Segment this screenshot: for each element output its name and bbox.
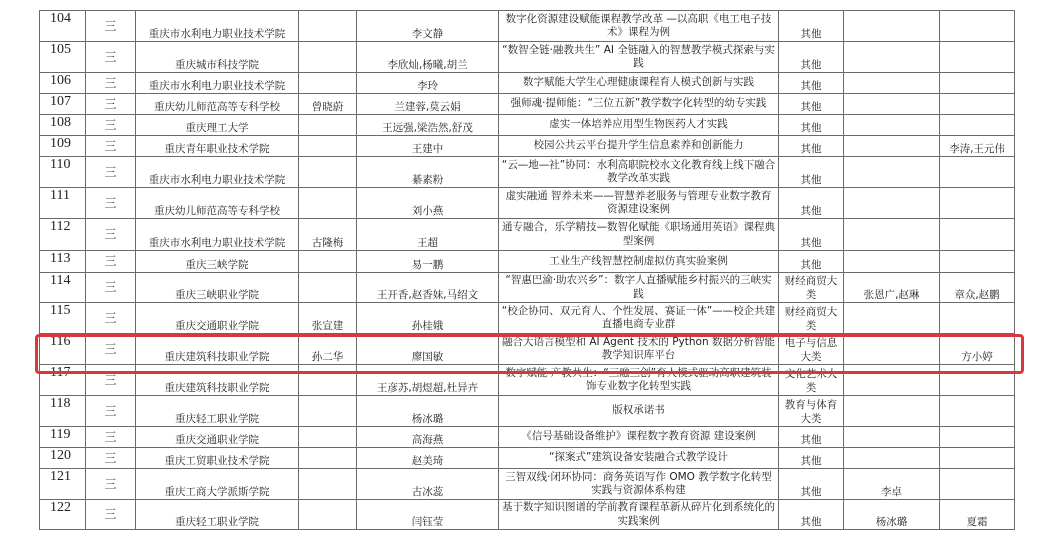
project-title: “数智全链·融教共生” AI 全链融入的智慧教学模式探索与实践 (499, 42, 779, 73)
row-number: 106 (40, 73, 86, 94)
row-number: 113 (40, 251, 86, 273)
row-number: 107 (40, 94, 86, 115)
school-name: 重庆城市科技学院 (136, 42, 299, 73)
project-leader (299, 427, 357, 448)
school-name: 重庆三峡职业学院 (136, 273, 299, 303)
extra-members-2 (940, 448, 1015, 469)
category: 其他 (779, 11, 844, 42)
category: 其他 (779, 94, 844, 115)
category: 其他 (779, 427, 844, 448)
table-row[interactable]: 111 三 重庆幼儿师范高等专科学校 刘小燕 虚实融通 智养未来——智慧养老服务… (40, 188, 1015, 219)
school-name: 重庆市水利电力职业技术学院 (136, 157, 299, 188)
table-row[interactable]: 104 三 重庆市水利电力职业技术学院 李文静 数字化资源建设赋能课程教学改革 … (40, 11, 1015, 42)
project-title: “探案式”建筑设备安装融合式教学设计 (499, 448, 779, 469)
team-members: 刘小燕 (357, 188, 499, 219)
project-leader: 曾晓蔚 (299, 94, 357, 115)
school-name: 重庆建筑科技职业学院 (136, 334, 299, 365)
table-row[interactable]: 118 三 重庆轻工职业学院 杨冰璐 版权承诺书 教育与体育大类 (40, 396, 1015, 427)
table-row[interactable]: 110 三 重庆市水利电力职业技术学院 綦素粉 “云—地—社”协同：水利高职院校… (40, 157, 1015, 188)
table-row[interactable]: 117 三 重庆建筑科技职业学院 王彦苏,胡煜超,杜异卉 数字赋能·产教共生：“… (40, 365, 1015, 396)
extra-members-1 (844, 42, 940, 73)
project-title: “智惠巴渝·助农兴乡”：数字人直播赋能乡村振兴的三峡实践 (499, 273, 779, 303)
extra-members-1 (844, 115, 940, 136)
category: 其他 (779, 157, 844, 188)
team-members: 王远强,梁浩然,舒茂 (357, 115, 499, 136)
school-name: 重庆理工大学 (136, 115, 299, 136)
category: 财经商贸大类 (779, 303, 844, 334)
extra-members-1 (844, 157, 940, 188)
table-row[interactable]: 112 三 重庆市水利电力职业技术学院 古隆梅 王超 通专融合，乐学精技—数智化… (40, 219, 1015, 251)
extra-members-2 (940, 251, 1015, 273)
row-number: 117 (40, 365, 86, 396)
row-number: 122 (40, 500, 86, 530)
extra-members-1 (844, 303, 940, 334)
project-title: 数字化资源建设赋能课程教学改革 —以高职《电工电子技术》课程为例 (499, 11, 779, 42)
school-name: 重庆工商大学派斯学院 (136, 469, 299, 500)
award-level: 三 (86, 334, 136, 365)
project-leader (299, 11, 357, 42)
project-title: 虚实一体培养应用型生物医药人才实践 (499, 115, 779, 136)
school-name: 重庆交通职业学院 (136, 427, 299, 448)
extra-members-1 (844, 396, 940, 427)
school-name: 重庆幼儿师范高等专科学校 (136, 94, 299, 115)
project-title: 强师魂·提师能：“三位五新”教学数字化转型的幼专实践 (499, 94, 779, 115)
project-leader (299, 273, 357, 303)
extra-members-2 (940, 42, 1015, 73)
award-level: 三 (86, 94, 136, 115)
school-name: 重庆市水利电力职业技术学院 (136, 73, 299, 94)
category: 其他 (779, 251, 844, 273)
award-level: 三 (86, 11, 136, 42)
table-row[interactable]: 107 三 重庆幼儿师范高等专科学校 曾晓蔚 兰建蓉,莫云娟 强师魂·提师能：“… (40, 94, 1015, 115)
row-number: 114 (40, 273, 86, 303)
project-leader: 孙二华 (299, 334, 357, 365)
project-leader (299, 115, 357, 136)
project-title: 《信号基础设备维护》课程数字教育资源 建设案例 (499, 427, 779, 448)
table-row[interactable]: 122 三 重庆轻工职业学院 闫钰莹 基于数字知识图谱的学前教育课程革新从碎片化… (40, 500, 1015, 530)
award-level: 三 (86, 396, 136, 427)
team-members: 李玲 (357, 73, 499, 94)
team-members: 高海燕 (357, 427, 499, 448)
team-members: 古冰蕊 (357, 469, 499, 500)
extra-members-2: 方小婷 (940, 334, 1015, 365)
category: 其他 (779, 115, 844, 136)
team-members: 王建中 (357, 136, 499, 157)
award-level: 三 (86, 500, 136, 530)
award-level: 三 (86, 115, 136, 136)
project-leader: 张宣建 (299, 303, 357, 334)
school-name: 重庆青年职业技术学院 (136, 136, 299, 157)
category: 文化艺术大类 (779, 365, 844, 396)
project-leader (299, 136, 357, 157)
row-number: 108 (40, 115, 86, 136)
award-level: 三 (86, 427, 136, 448)
award-level: 三 (86, 42, 136, 73)
award-level: 三 (86, 73, 136, 94)
project-title: 融合大语言模型和 AI Agent 技术的 Python 数据分析智能教学知识库… (499, 334, 779, 365)
award-level: 三 (86, 188, 136, 219)
project-title: 数字赋能·产教共生：“三融三创”育人模式驱动高职建筑装饰专业数字化转型实践 (499, 365, 779, 396)
extra-members-1 (844, 136, 940, 157)
table-row[interactable]: 114 三 重庆三峡职业学院 王开香,赵香妹,马绍文 “智惠巴渝·助农兴乡”：数… (40, 273, 1015, 303)
extra-members-2 (940, 157, 1015, 188)
category: 其他 (779, 219, 844, 251)
award-level: 三 (86, 136, 136, 157)
row-number: 112 (40, 219, 86, 251)
extra-members-1 (844, 73, 940, 94)
extra-members-1 (844, 11, 940, 42)
project-leader (299, 500, 357, 530)
table-row[interactable]: 106 三 重庆市水利电力职业技术学院 李玲 数字赋能大学生心理健康课程育人模式… (40, 73, 1015, 94)
row-number: 115 (40, 303, 86, 334)
project-title: 通专融合，乐学精技—数智化赋能《职场通用英语》课程典型案例 (499, 219, 779, 251)
extra-members-1 (844, 251, 940, 273)
table-row[interactable]: 108 三 重庆理工大学 王远强,梁浩然,舒茂 虚实一体培养应用型生物医药人才实… (40, 115, 1015, 136)
school-name: 重庆轻工职业学院 (136, 500, 299, 530)
category: 其他 (779, 136, 844, 157)
project-leader (299, 251, 357, 273)
extra-members-2: 夏霜 (940, 500, 1015, 530)
extra-members-2: 李涛,王元伟 (940, 136, 1015, 157)
team-members: 廖国敏 (357, 334, 499, 365)
row-number: 118 (40, 396, 86, 427)
table-row[interactable]: 113 三 重庆三峡学院 易一鹏 工业生产线智慧控制虚拟仿真实验案例 其他 (40, 251, 1015, 273)
award-level: 三 (86, 303, 136, 334)
table-row[interactable]: 109 三 重庆青年职业技术学院 王建中 校园公共云平台提升学生信息素养和创新能… (40, 136, 1015, 157)
project-title: 工业生产线智慧控制虚拟仿真实验案例 (499, 251, 779, 273)
team-members: 王超 (357, 219, 499, 251)
school-name: 重庆市水利电力职业技术学院 (136, 219, 299, 251)
extra-members-2 (940, 94, 1015, 115)
school-name: 重庆市水利电力职业技术学院 (136, 11, 299, 42)
category: 教育与体育大类 (779, 396, 844, 427)
project-title: 校园公共云平台提升学生信息素养和创新能力 (499, 136, 779, 157)
team-members: 王开香,赵香妹,马绍文 (357, 273, 499, 303)
category: 其他 (779, 448, 844, 469)
project-leader (299, 188, 357, 219)
team-members: 李欣灿,杨曦,胡兰 (357, 42, 499, 73)
extra-members-2: 章众,赵鹏 (940, 273, 1015, 303)
project-leader: 古隆梅 (299, 219, 357, 251)
extra-members-2 (940, 469, 1015, 500)
award-level: 三 (86, 469, 136, 500)
project-title: 三智双线·闭环协同：商务英语写作 OMO 教学数字化转型实践与资源体系构建 (499, 469, 779, 500)
team-members: 杨冰璐 (357, 396, 499, 427)
project-leader (299, 157, 357, 188)
category: 其他 (779, 188, 844, 219)
extra-members-2 (940, 219, 1015, 251)
school-name: 重庆幼儿师范高等专科学校 (136, 188, 299, 219)
extra-members-1 (844, 365, 940, 396)
project-title: 基于数字知识图谱的学前教育课程革新从碎片化到系统化的实践案例 (499, 500, 779, 530)
project-leader (299, 365, 357, 396)
extra-members-1 (844, 427, 940, 448)
award-level: 三 (86, 273, 136, 303)
extra-members-1: 张恩广,赵琳 (844, 273, 940, 303)
project-leader (299, 469, 357, 500)
award-level: 三 (86, 157, 136, 188)
extra-members-2 (940, 303, 1015, 334)
extra-members-1 (844, 448, 940, 469)
row-number: 120 (40, 448, 86, 469)
extra-members-2 (940, 73, 1015, 94)
row-number: 104 (40, 11, 86, 42)
table-row[interactable]: 105 三 重庆城市科技学院 李欣灿,杨曦,胡兰 “数智全链·融教共生” AI … (40, 42, 1015, 73)
project-title: “校企协同、双元育人、个性发展、赛证一体”——校企共建直播电商专业群 (499, 303, 779, 334)
project-title: “云—地—社”协同：水利高职院校水文化教育线上线下融合教学改革实践 (499, 157, 779, 188)
team-members: 綦素粉 (357, 157, 499, 188)
row-number: 105 (40, 42, 86, 73)
row-number: 116 (40, 334, 86, 365)
category: 财经商贸大类 (779, 273, 844, 303)
project-leader (299, 448, 357, 469)
extra-members-2 (940, 115, 1015, 136)
award-level: 三 (86, 219, 136, 251)
row-number: 109 (40, 136, 86, 157)
award-list-table: 104 三 重庆市水利电力职业技术学院 李文静 数字化资源建设赋能课程教学改革 … (39, 10, 1015, 530)
table-row[interactable]: 121 三 重庆工商大学派斯学院 古冰蕊 三智双线·闭环协同：商务英语写作 OM… (40, 469, 1015, 500)
team-members: 闫钰莹 (357, 500, 499, 530)
category: 电子与信息大类 (779, 334, 844, 365)
extra-members-2 (940, 365, 1015, 396)
table-row[interactable]: 119 三 重庆交通职业学院 高海燕 《信号基础设备维护》课程数字教育资源 建设… (40, 427, 1015, 448)
table-row[interactable]: 120 三 重庆工贸职业技术学院 赵美琦 “探案式”建筑设备安装融合式教学设计 … (40, 448, 1015, 469)
extra-members-1 (844, 334, 940, 365)
extra-members-2 (940, 427, 1015, 448)
extra-members-1 (844, 219, 940, 251)
extra-members-1 (844, 94, 940, 115)
category: 其他 (779, 73, 844, 94)
project-title: 虚实融通 智养未来——智慧养老服务与管理专业数字教育资源建设案例 (499, 188, 779, 219)
extra-members-2 (940, 396, 1015, 427)
team-members: 赵美琦 (357, 448, 499, 469)
project-title: 数字赋能大学生心理健康课程育人模式创新与实践 (499, 73, 779, 94)
team-members: 李文静 (357, 11, 499, 42)
table-row[interactable]: 116 三 重庆建筑科技职业学院 孙二华 廖国敏 融合大语言模型和 AI Age… (40, 334, 1015, 365)
row-number: 119 (40, 427, 86, 448)
award-level: 三 (86, 448, 136, 469)
school-name: 重庆三峡学院 (136, 251, 299, 273)
project-leader (299, 396, 357, 427)
row-number: 111 (40, 188, 86, 219)
extra-members-1: 李卓 (844, 469, 940, 500)
extra-members-1 (844, 188, 940, 219)
team-members: 兰建蓉,莫云娟 (357, 94, 499, 115)
project-title: 版权承诺书 (499, 396, 779, 427)
project-leader (299, 73, 357, 94)
row-number: 121 (40, 469, 86, 500)
award-level: 三 (86, 251, 136, 273)
extra-members-1: 杨冰璐 (844, 500, 940, 530)
school-name: 重庆建筑科技职业学院 (136, 365, 299, 396)
team-members: 孙桂娥 (357, 303, 499, 334)
project-leader (299, 42, 357, 73)
table-row[interactable]: 115 三 重庆交通职业学院 张宣建 孙桂娥 “校企协同、双元育人、个性发展、赛… (40, 303, 1015, 334)
school-name: 重庆轻工职业学院 (136, 396, 299, 427)
category: 其他 (779, 500, 844, 530)
school-name: 重庆交通职业学院 (136, 303, 299, 334)
team-members: 王彦苏,胡煜超,杜异卉 (357, 365, 499, 396)
award-level: 三 (86, 365, 136, 396)
school-name: 重庆工贸职业技术学院 (136, 448, 299, 469)
extra-members-2 (940, 188, 1015, 219)
row-number: 110 (40, 157, 86, 188)
extra-members-2 (940, 11, 1015, 42)
team-members: 易一鹏 (357, 251, 499, 273)
category: 其他 (779, 42, 844, 73)
category: 其他 (779, 469, 844, 500)
